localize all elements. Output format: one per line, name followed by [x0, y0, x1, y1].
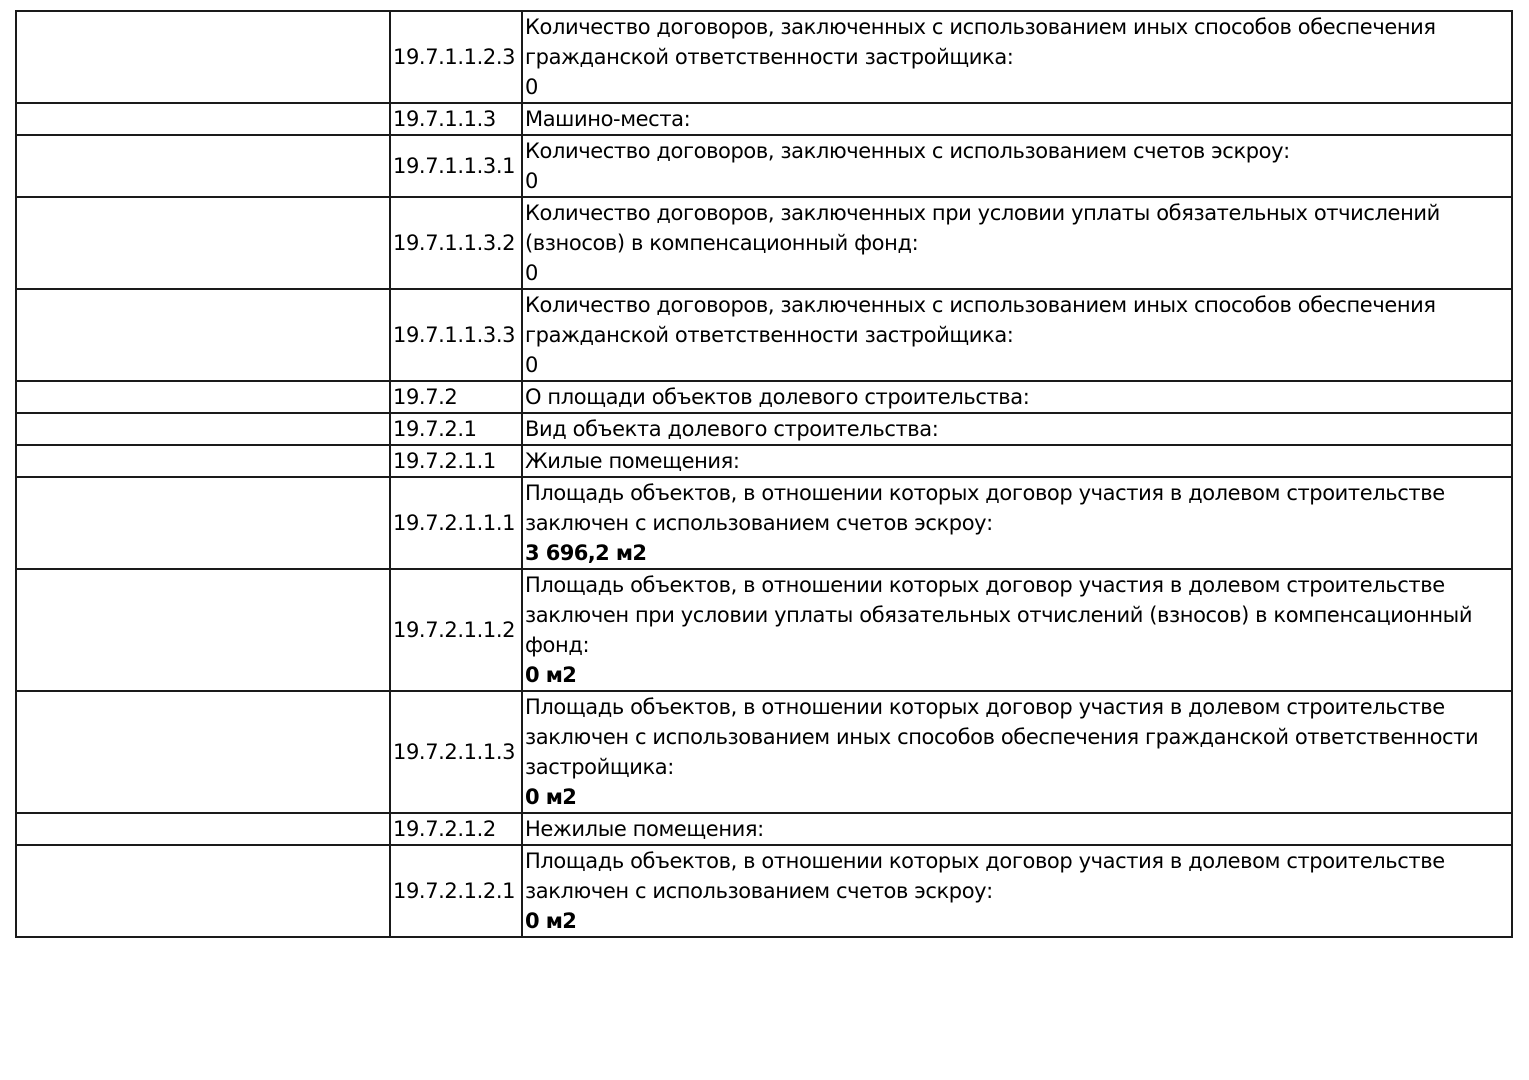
item-description-cell: Количество договоров, заключенных с испо… — [522, 135, 1512, 197]
item-description: Нежилые помещения: — [525, 814, 1511, 844]
item-description-cell: Машино-места: — [522, 103, 1512, 135]
item-code: 19.7.2.1.1 — [390, 445, 522, 477]
table-row: 19.7.1.1.3.2Количество договоров, заключ… — [16, 197, 1512, 289]
empty-cell — [16, 845, 390, 937]
item-description: фонд: — [525, 630, 1511, 660]
item-description-cell: Площадь объектов, в отношении которых до… — [522, 477, 1512, 569]
item-description: Вид объекта долевого строительства: — [525, 414, 1511, 444]
table-row: 19.7.2.1.2.1Площадь объектов, в отношени… — [16, 845, 1512, 937]
item-value: 0 — [525, 72, 1511, 102]
table-row: 19.7.1.1.3.1Количество договоров, заключ… — [16, 135, 1512, 197]
empty-cell — [16, 569, 390, 691]
item-value: 0 — [525, 258, 1511, 288]
item-description-cell: Количество договоров, заключенных с испо… — [522, 289, 1512, 381]
item-value: 0 — [525, 350, 1511, 380]
item-code: 19.7.2.1.1.2 — [390, 569, 522, 691]
item-code: 19.7.1.1.3.2 — [390, 197, 522, 289]
item-description: Площадь объектов, в отношении которых до… — [525, 570, 1511, 600]
item-description: Машино-места: — [525, 104, 1511, 134]
item-description: заключен при условии уплаты обязательных… — [525, 600, 1511, 630]
item-description: Площадь объектов, в отношении которых до… — [525, 692, 1511, 722]
item-description: заключен с использованием счетов эскроу: — [525, 508, 1511, 538]
item-description-cell: Вид объекта долевого строительства: — [522, 413, 1512, 445]
item-description: Количество договоров, заключенных с испо… — [525, 136, 1511, 166]
item-description: Жилые помещения: — [525, 446, 1511, 476]
table-row: 19.7.1.1.3Машино-места: — [16, 103, 1512, 135]
item-description: О площади объектов долевого строительств… — [525, 382, 1511, 412]
item-code: 19.7.2.1.1.3 — [390, 691, 522, 813]
empty-cell — [16, 445, 390, 477]
item-description-cell: Жилые помещения: — [522, 445, 1512, 477]
empty-cell — [16, 197, 390, 289]
item-description: (взносов) в компенсационный фонд: — [525, 228, 1511, 258]
item-code: 19.7.1.1.2.3 — [390, 11, 522, 103]
item-code: 19.7.1.1.3.1 — [390, 135, 522, 197]
item-value: 0 м2 — [525, 782, 1511, 812]
table-row: 19.7.2.1.2Нежилые помещения: — [16, 813, 1512, 845]
item-description: застройщика: — [525, 752, 1511, 782]
item-description: Количество договоров, заключенных с испо… — [525, 290, 1511, 320]
item-description-cell: Количество договоров, заключенных с испо… — [522, 11, 1512, 103]
disclosure-table: 19.7.1.1.2.3Количество договоров, заключ… — [15, 10, 1513, 938]
item-description: Площадь объектов, в отношении которых до… — [525, 846, 1511, 876]
item-code: 19.7.2.1.1.1 — [390, 477, 522, 569]
item-description: Количество договоров, заключенных при ус… — [525, 198, 1511, 228]
table-row: 19.7.2О площади объектов долевого строит… — [16, 381, 1512, 413]
empty-cell — [16, 413, 390, 445]
item-code: 19.7.1.1.3 — [390, 103, 522, 135]
empty-cell — [16, 477, 390, 569]
item-description-cell: Площадь объектов, в отношении которых до… — [522, 569, 1512, 691]
empty-cell — [16, 381, 390, 413]
item-value: 0 м2 — [525, 660, 1511, 690]
table-row: 19.7.2.1.1.3Площадь объектов, в отношени… — [16, 691, 1512, 813]
empty-cell — [16, 135, 390, 197]
item-code: 19.7.1.1.3.3 — [390, 289, 522, 381]
item-description-cell: О площади объектов долевого строительств… — [522, 381, 1512, 413]
item-code: 19.7.2.1.2 — [390, 813, 522, 845]
item-code: 19.7.2.1.2.1 — [390, 845, 522, 937]
item-description-cell: Площадь объектов, в отношении которых до… — [522, 691, 1512, 813]
table-row: 19.7.2.1Вид объекта долевого строительст… — [16, 413, 1512, 445]
item-description-cell: Нежилые помещения: — [522, 813, 1512, 845]
item-description-cell: Количество договоров, заключенных при ус… — [522, 197, 1512, 289]
empty-cell — [16, 11, 390, 103]
item-code: 19.7.2.1 — [390, 413, 522, 445]
empty-cell — [16, 691, 390, 813]
item-description: Количество договоров, заключенных с испо… — [525, 12, 1511, 42]
table-row: 19.7.2.1.1.2Площадь объектов, в отношени… — [16, 569, 1512, 691]
table-row: 19.7.2.1.1Жилые помещения: — [16, 445, 1512, 477]
item-value: 0 — [525, 166, 1511, 196]
empty-cell — [16, 813, 390, 845]
item-description: гражданской ответственности застройщика: — [525, 320, 1511, 350]
item-description: Площадь объектов, в отношении которых до… — [525, 478, 1511, 508]
table-row: 19.7.2.1.1.1Площадь объектов, в отношени… — [16, 477, 1512, 569]
table-row: 19.7.1.1.2.3Количество договоров, заключ… — [16, 11, 1512, 103]
empty-cell — [16, 103, 390, 135]
item-value: 3 696,2 м2 — [525, 538, 1511, 568]
table-row: 19.7.1.1.3.3Количество договоров, заключ… — [16, 289, 1512, 381]
item-description: гражданской ответственности застройщика: — [525, 42, 1511, 72]
item-description: заключен с использованием счетов эскроу: — [525, 876, 1511, 906]
item-value: 0 м2 — [525, 906, 1511, 936]
item-code: 19.7.2 — [390, 381, 522, 413]
empty-cell — [16, 289, 390, 381]
item-description-cell: Площадь объектов, в отношении которых до… — [522, 845, 1512, 937]
item-description: заключен с использованием иных способов … — [525, 722, 1511, 752]
